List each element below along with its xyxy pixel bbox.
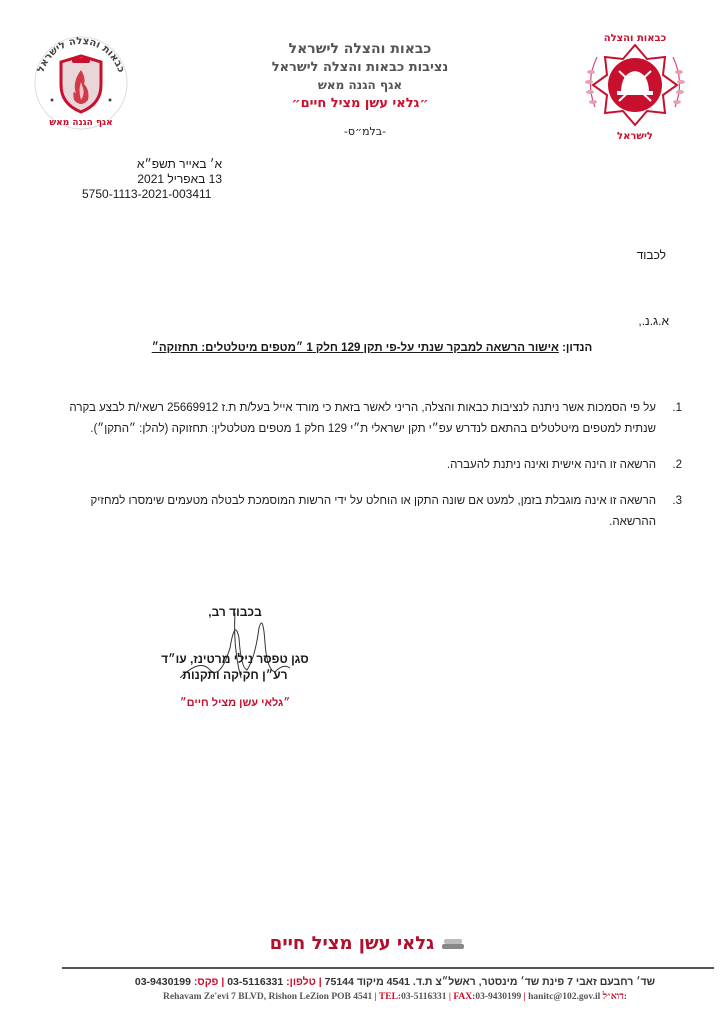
subject-label: הנדון: bbox=[562, 342, 592, 354]
clause-number: 1. bbox=[656, 398, 682, 440]
fire-rescue-emblem: כבאות והצלה לישראל bbox=[575, 27, 695, 143]
svg-text:לישראל: לישראל bbox=[617, 131, 653, 142]
header-slogan: ״גלאי עשן מציל חיים״ bbox=[230, 94, 490, 114]
svg-text:אגף הגנה מאש: אגף הגנה מאש bbox=[49, 118, 112, 128]
recipient-to: לכבוד bbox=[637, 248, 666, 262]
smoke-detector-icon bbox=[442, 937, 464, 951]
footer-slogan: גלאי עשן מציל חיים bbox=[262, 933, 472, 954]
fax-label-he: פקס: bbox=[194, 976, 219, 988]
signer-role: רע״ן חקיקה ותקנות bbox=[140, 667, 330, 683]
fire-prevention-logo: כבאות והצלה לישראל אגף הגנה מאש bbox=[28, 30, 134, 136]
fax-label-en: FAX: bbox=[453, 992, 475, 1002]
clause-text: הרשאה זו הינה אישית ואינה ניתנת להעברה. bbox=[42, 455, 656, 476]
email-label-he: דוא״ל: bbox=[603, 992, 627, 1002]
salutation: א.ג.נ., bbox=[638, 314, 669, 328]
fax-number-en: 03-9430199 bbox=[475, 992, 521, 1002]
fax-number: 03-9430199 bbox=[135, 976, 191, 988]
address-en: Rehavam Ze'evi 7 BLVD, Rishon LeZion POB… bbox=[163, 992, 372, 1002]
flame-shield-icon: כבאות והצלה לישראל אגף הגנה מאש bbox=[28, 30, 134, 136]
org-commission: נציבות כבאות והצלה לישראל bbox=[230, 59, 490, 77]
clause-number: 2. bbox=[656, 455, 682, 476]
clause: 2. הרשאה זו הינה אישית ואינה ניתנת להעבר… bbox=[42, 455, 682, 476]
footer-divider bbox=[62, 967, 714, 969]
date-block: א׳ באייר תשפ״א 13 באפריל 2021 5750-1113-… bbox=[82, 157, 222, 202]
hebrew-date: א׳ באייר תשפ״א bbox=[82, 157, 222, 172]
clause: 3. הרשאה זו אינה מוגבלת בזמן, למעט אם שו… bbox=[42, 491, 682, 533]
org-department: אגף הגנה מאש bbox=[230, 77, 490, 94]
signature-slogan: ״גלאי עשן מציל חיים״ bbox=[140, 697, 330, 709]
gregorian-date: 13 באפריל 2021 bbox=[82, 172, 222, 187]
closing: בכבוד רב, bbox=[140, 605, 330, 619]
org-name: כבאות והצלה לישראל bbox=[230, 40, 490, 59]
tel-number-en: 03-5116331 bbox=[401, 992, 446, 1002]
letterhead: כבאות והצלה לישראל נציבות כבאות והצלה לי… bbox=[230, 40, 490, 114]
tel-number: 03-5116331 bbox=[227, 976, 283, 988]
fire-helmet-emblem-icon: כבאות והצלה לישראל bbox=[575, 27, 695, 143]
tel-label-he: טלפון: bbox=[286, 976, 316, 988]
footer-slogan-text: גלאי עשן מציל חיים bbox=[270, 933, 434, 954]
subject-text: אישור הרשאה למבקר שנתי על-פי תקן 129 חלק… bbox=[152, 342, 559, 354]
reference-number: 5750-1113-2021-003411 bbox=[82, 187, 222, 202]
clause-number: 3. bbox=[656, 491, 682, 533]
svg-text:כבאות והצלה: כבאות והצלה bbox=[604, 33, 667, 44]
signature-block: בכבוד רב, סגן טפסר נילי מרטינז, עו״ד רע״… bbox=[140, 605, 330, 709]
subject-line: הנדון: אישור הרשאה למבקר שנתי על-פי תקן … bbox=[72, 342, 672, 354]
signer-name: סגן טפסר נילי מרטינז, עו״ד bbox=[140, 651, 330, 667]
tel-label-en: TEL: bbox=[379, 992, 401, 1002]
clause: 1. על פי הסמכות אשר ניתנה לנציבות כבאות … bbox=[42, 398, 682, 440]
footer-address-english: Rehavam Ze'evi 7 BLVD, Rishon LeZion POB… bbox=[80, 992, 710, 1002]
email-link[interactable]: hanitc@102.gov.il bbox=[528, 992, 600, 1002]
clause-text: על פי הסמכות אשר ניתנה לנציבות כבאות והצ… bbox=[42, 398, 656, 440]
classification-label: -בלמ״ס- bbox=[290, 125, 440, 138]
footer-address-hebrew: שד׳ רחבעם זאבי 7 פינת שד׳ מינסטר, ראשל״צ… bbox=[80, 976, 710, 988]
clause-text: הרשאה זו אינה מוגבלת בזמן, למעט אם שונה … bbox=[42, 491, 656, 533]
address-he: שד׳ רחבעם זאבי 7 פינת שד׳ מינסטר, ראשל״צ… bbox=[325, 976, 655, 988]
numbered-clauses: 1. על פי הסמכות אשר ניתנה לנציבות כבאות … bbox=[42, 398, 682, 548]
